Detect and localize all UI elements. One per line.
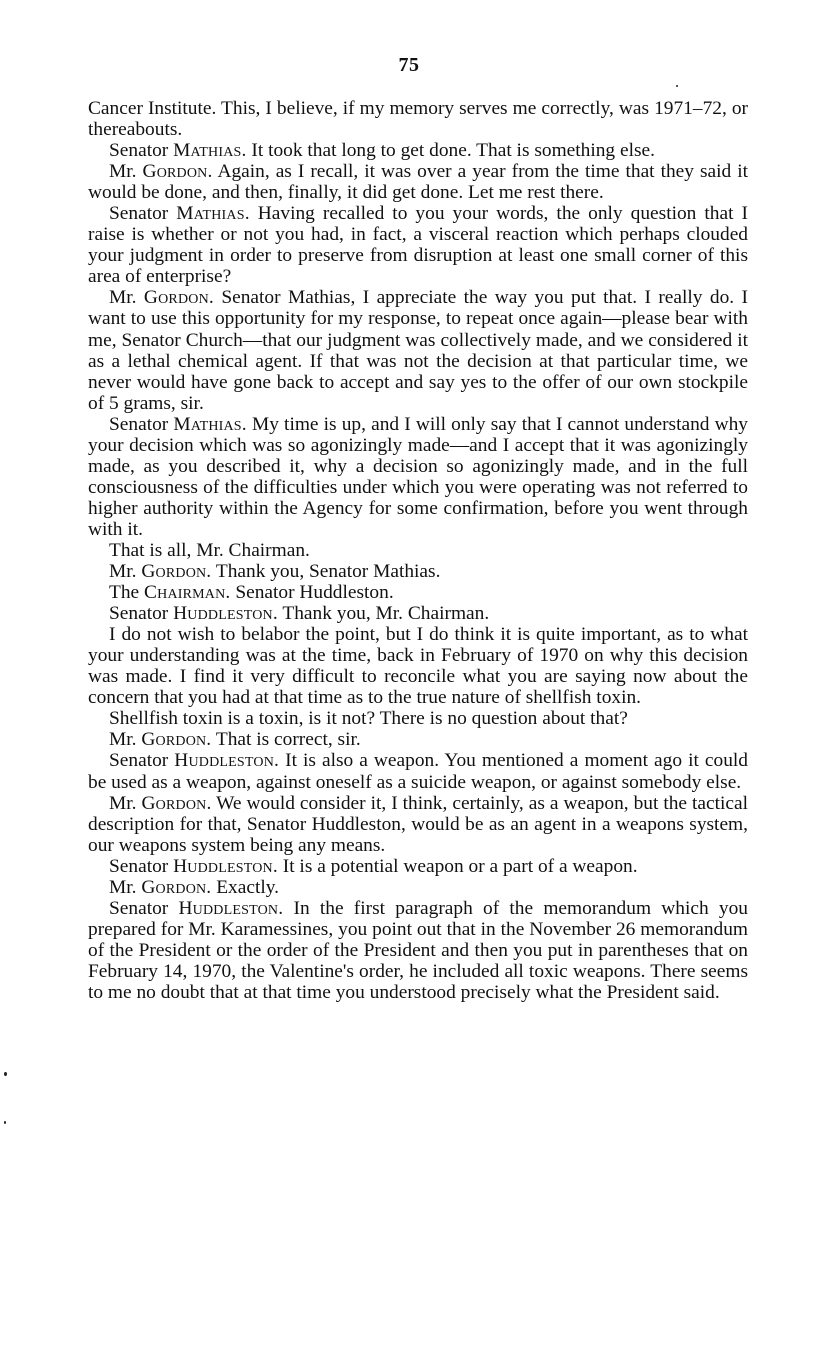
paragraph: Cancer Institute. This, I believe, if my… [88,98,748,140]
paragraph-prefix: Mr. [109,793,141,814]
paragraph-text: Cancer Institute. This, I believe, if my… [88,98,748,140]
speaker-name: Mathias. [176,203,249,224]
paragraph-text: I do not wish to belabor the point, but … [88,624,748,708]
speaker-name: Gordon. [142,161,212,182]
page-number: 75 [0,54,818,77]
speaker-name: Huddleston. [173,603,278,624]
paragraph: Senator Huddleston. It is also a weapon.… [88,750,748,792]
paragraph-text: Exactly. [211,877,279,898]
paragraph-prefix: Senator [109,140,173,161]
paragraph: Senator Huddleston. It is a potential we… [88,856,748,877]
paragraph-prefix: Senator [109,898,178,919]
paragraph: Senator Mathias. My time is up, and I wi… [88,414,748,540]
scan-speck [4,1072,7,1076]
paragraph: I do not wish to belabor the point, but … [88,624,748,708]
paragraph: Mr. Gordon. Thank you, Senator Mathias. [88,561,748,582]
paragraph-prefix: Senator [109,856,173,877]
speaker-name: Gordon. [141,877,211,898]
speaker-name: Gordon. [144,287,214,308]
scan-speck [676,85,678,87]
scan-speck [4,1121,6,1124]
paragraph: Senator Huddleston. In the first paragra… [88,898,748,1003]
paragraph: That is all, Mr. Chairman. [88,540,748,561]
paragraph: The Chairman. Senator Huddleston. [88,582,748,603]
paragraph-prefix: Mr. [109,877,141,898]
paragraph: Senator Huddleston. Thank you, Mr. Chair… [88,603,748,624]
paragraph-prefix: Mr. [109,729,141,750]
paragraph-text: Shellfish toxin is a toxin, is it not? T… [109,708,628,729]
paragraph: Mr. Gordon. That is correct, sir. [88,729,748,750]
transcript-body: Cancer Institute. This, I believe, if my… [88,98,748,1003]
paragraph: Mr. Gordon. Again, as I recall, it was o… [88,161,748,203]
paragraph-prefix: Senator [109,750,174,771]
paragraph: Shellfish toxin is a toxin, is it not? T… [88,708,748,729]
paragraph-prefix: Senator [109,203,176,224]
speaker-name: Gordon. [141,793,211,814]
paragraph-text: It is a potential weapon or a part of a … [278,856,638,877]
paragraph-prefix: Mr. [109,561,141,582]
paragraph: Senator Mathias. It took that long to ge… [88,140,748,161]
paragraph-text: Thank you, Mr. Chairman. [278,603,489,624]
speaker-name: Gordon. [141,561,211,582]
paragraph-prefix: Mr. [109,161,142,182]
paragraph-text: That is correct, sir. [211,729,360,750]
speaker-name: Chairman. [144,582,230,603]
paragraph: Mr. Gordon. We would consider it, I thin… [88,793,748,856]
paragraph: Mr. Gordon. Exactly. [88,877,748,898]
paragraph-text: Thank you, Senator Mathias. [211,561,440,582]
paragraph-text: Senator Huddleston. [230,582,393,603]
paragraph: Senator Mathias. Having recalled to you … [88,203,748,287]
speaker-name: Huddleston. [174,750,279,771]
speaker-name: Gordon. [141,729,211,750]
speaker-name: Mathias. [173,414,246,435]
speaker-name: Huddleston. [178,898,283,919]
paragraph-text: It took that long to get done. That is s… [247,140,655,161]
paragraph-prefix: The [109,582,144,603]
speaker-name: Mathias. [173,140,246,161]
paragraph: Mr. Gordon. Senator Mathias, I appreciat… [88,287,748,413]
paragraph-prefix: Mr. [109,287,144,308]
paragraph-prefix: Senator [109,414,173,435]
speaker-name: Huddleston. [173,856,278,877]
paragraph-prefix: Senator [109,603,173,624]
paragraph-text: That is all, Mr. Chairman. [109,540,310,561]
